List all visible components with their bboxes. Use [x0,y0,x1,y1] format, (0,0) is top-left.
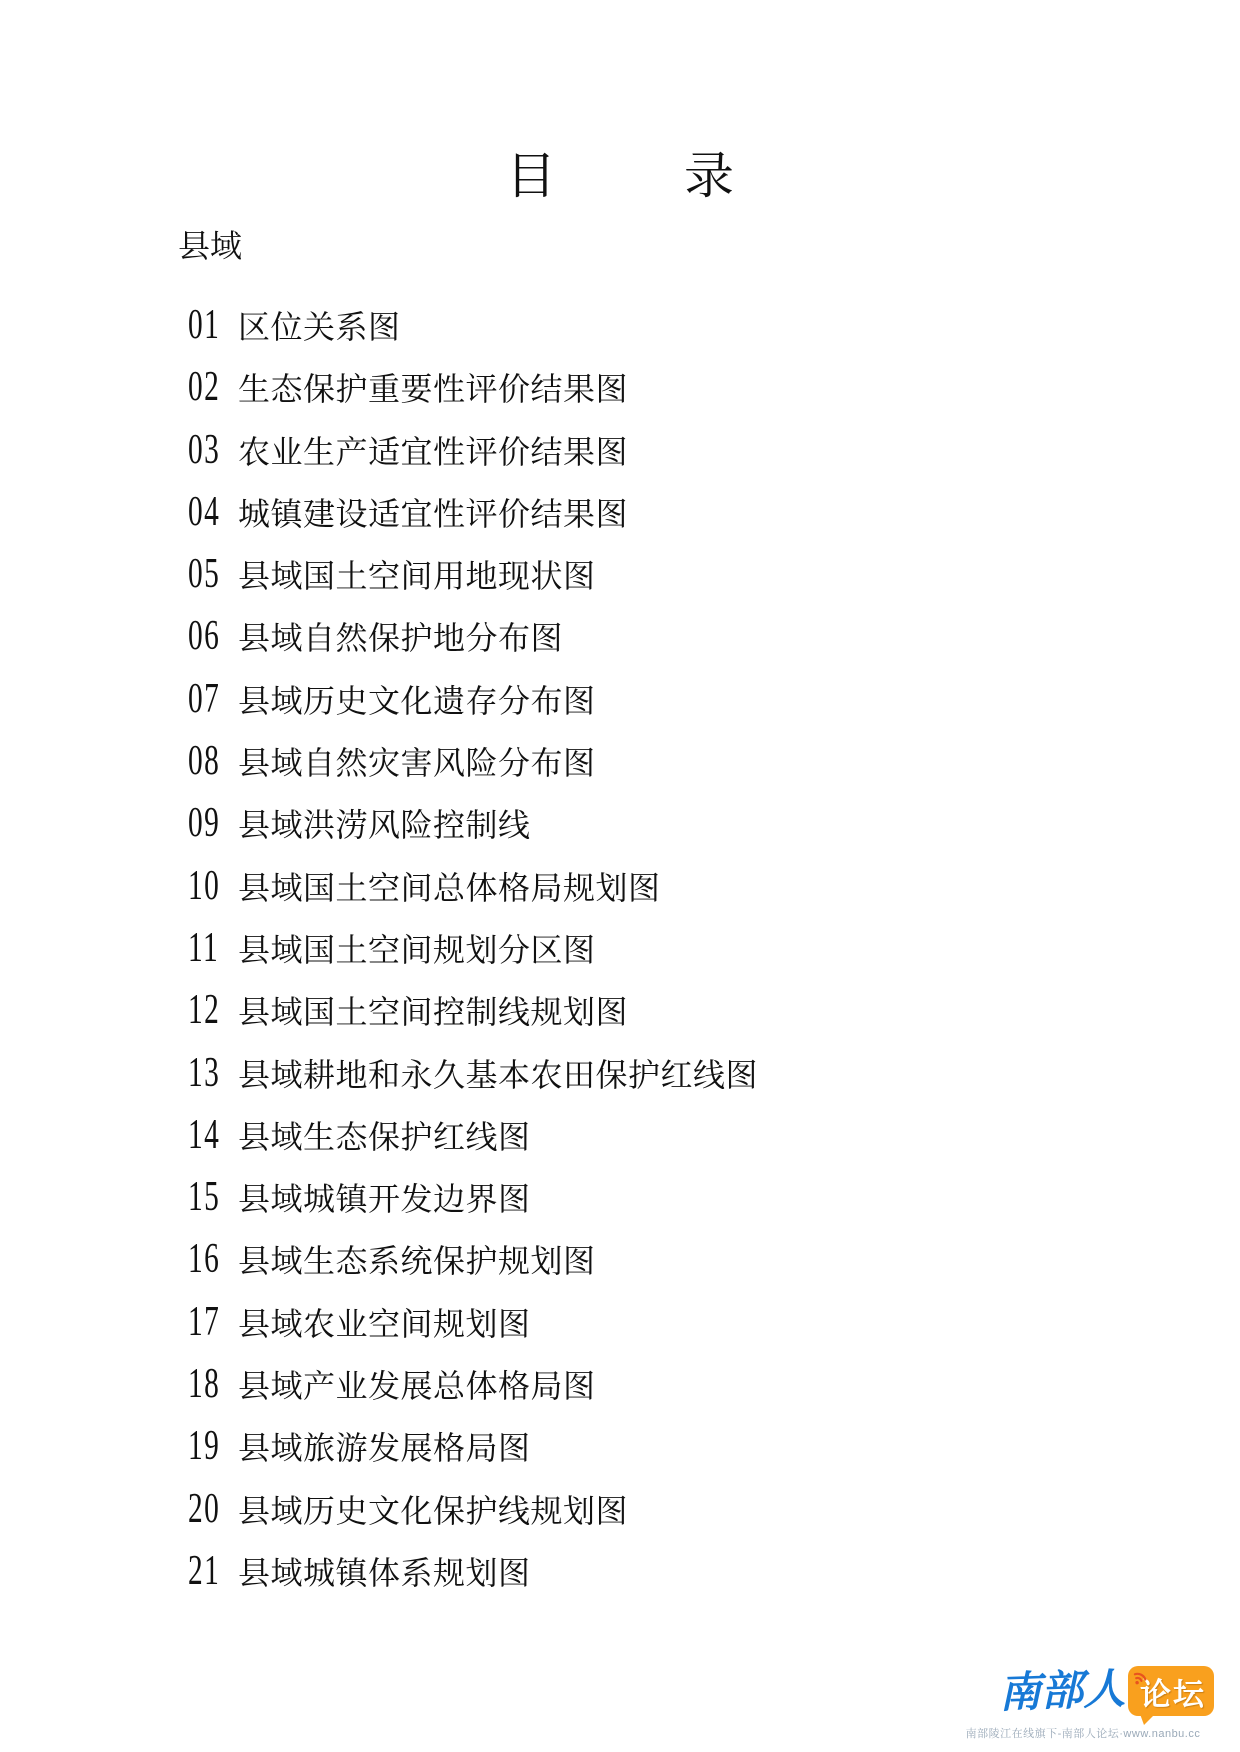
toc-item-number: 05 [188,543,223,605]
toc-item-number: 08 [188,730,223,792]
toc-item-label: 县域生态保护红线图 [238,1119,531,1155]
toc-item-label: 县域国土空间控制线规划图 [238,994,628,1030]
toc-item-number: 03 [188,419,223,481]
toc-item-label: 县域历史文化遗存分布图 [238,683,596,719]
toc-item-label: 县域国土空间用地现状图 [238,558,596,594]
forum-logo: 南部人 论坛 [952,1662,1214,1720]
page-title: 目 录 [0,148,1240,204]
wifi-signal-icon [1132,1668,1154,1687]
toc-item-label: 县域洪涝风险控制线 [238,807,531,843]
toc-item-label: 县域产业发展总体格局图 [238,1368,596,1404]
toc-item-number: 19 [188,1415,223,1477]
toc-item-label: 县域城镇开发边界图 [238,1181,531,1217]
toc-item: 10县域国土空间总体格局规划图 [188,855,1088,917]
toc-item: 11县域国土空间规划分区图 [188,917,1088,979]
toc-item-number: 06 [188,605,223,667]
toc-item: 05县域国土空间用地现状图 [188,543,1088,605]
toc-item-label: 县域旅游发展格局图 [238,1430,531,1466]
toc-item-label: 县域耕地和永久基本农田保护红线图 [238,1057,758,1093]
toc-item-number: 12 [188,979,223,1041]
toc-item-number: 09 [188,792,223,854]
toc-page: 目 录 县域 01区位关系图02生态保护重要性评价结果图03农业生产适宜性评价结… [0,0,1240,1752]
toc-item-label: 县域自然灾害风险分布图 [238,745,596,781]
toc-item: 21县域城镇体系规划图 [188,1540,1088,1602]
toc-item-label: 城镇建设适宜性评价结果图 [238,496,628,532]
toc-item: 14县域生态保护红线图 [188,1104,1088,1166]
toc-item-number: 18 [188,1353,223,1415]
toc-item-label: 县域国土空间规划分区图 [238,932,596,968]
toc-item: 17县域农业空间规划图 [188,1291,1088,1353]
toc-item: 08县域自然灾害风险分布图 [188,730,1088,792]
toc-item: 01区位关系图 [188,294,1088,356]
toc-item-number: 01 [188,294,223,356]
toc-item-number: 02 [188,356,223,418]
toc-item-label: 县域历史文化保护线规划图 [238,1493,628,1529]
toc-item-number: 10 [188,855,223,917]
toc-item: 07县域历史文化遗存分布图 [188,668,1088,730]
toc-item-number: 17 [188,1291,223,1353]
toc-item-number: 20 [188,1478,223,1540]
watermark-tagline: 南部陵江在线旗下-南部人论坛·www.nanbu.cc [952,1725,1214,1741]
toc-item: 06县域自然保护地分布图 [188,605,1088,667]
toc-item: 18县域产业发展总体格局图 [188,1353,1088,1415]
toc-item-number: 07 [188,668,223,730]
toc-item: 12县域国土空间控制线规划图 [188,979,1088,1041]
toc-item-number: 14 [188,1104,223,1166]
toc-item-label: 生态保护重要性评价结果图 [238,371,628,407]
toc-item: 15县域城镇开发边界图 [188,1166,1088,1228]
toc-item: 19县域旅游发展格局图 [188,1415,1088,1477]
toc-item-label: 县域农业空间规划图 [238,1306,531,1342]
toc-item-label: 县域国土空间总体格局规划图 [238,870,661,906]
toc-item-label: 农业生产适宜性评价结果图 [238,434,628,470]
toc-item: 04城镇建设适宜性评价结果图 [188,481,1088,543]
page-title-char-2: 录 [684,148,734,204]
toc-item-number: 15 [188,1166,223,1228]
toc-item-number: 11 [188,917,223,979]
toc-item-label: 县域生态系统保护规划图 [238,1243,596,1279]
toc-item: 16县域生态系统保护规划图 [188,1228,1088,1290]
toc-list: 01区位关系图02生态保护重要性评价结果图03农业生产适宜性评价结果图04城镇建… [188,294,1088,1602]
page-title-char-1: 目 [506,148,556,204]
toc-item: 09县域洪涝风险控制线 [188,792,1088,854]
toc-item-number: 04 [188,481,223,543]
forum-badge: 论坛 [1128,1666,1214,1716]
toc-item-label: 县域自然保护地分布图 [238,620,563,656]
section-heading: 县域 [178,228,242,264]
toc-item: 20县域历史文化保护线规划图 [188,1478,1088,1540]
toc-item-label: 区位关系图 [238,309,401,345]
toc-item-number: 13 [188,1042,223,1104]
toc-item-number: 21 [188,1540,223,1602]
toc-item: 03农业生产适宜性评价结果图 [188,419,1088,481]
toc-item: 02生态保护重要性评价结果图 [188,356,1088,418]
toc-item-label: 县域城镇体系规划图 [238,1555,531,1591]
toc-item-number: 16 [188,1228,223,1290]
toc-item: 13县域耕地和永久基本农田保护红线图 [188,1042,1088,1104]
forum-watermark: 南部人 论坛 南部陵江在线旗下-南部人论坛·www.nanbu.cc [952,1662,1214,1741]
brand-logo-text: 南部人 [998,1668,1125,1714]
